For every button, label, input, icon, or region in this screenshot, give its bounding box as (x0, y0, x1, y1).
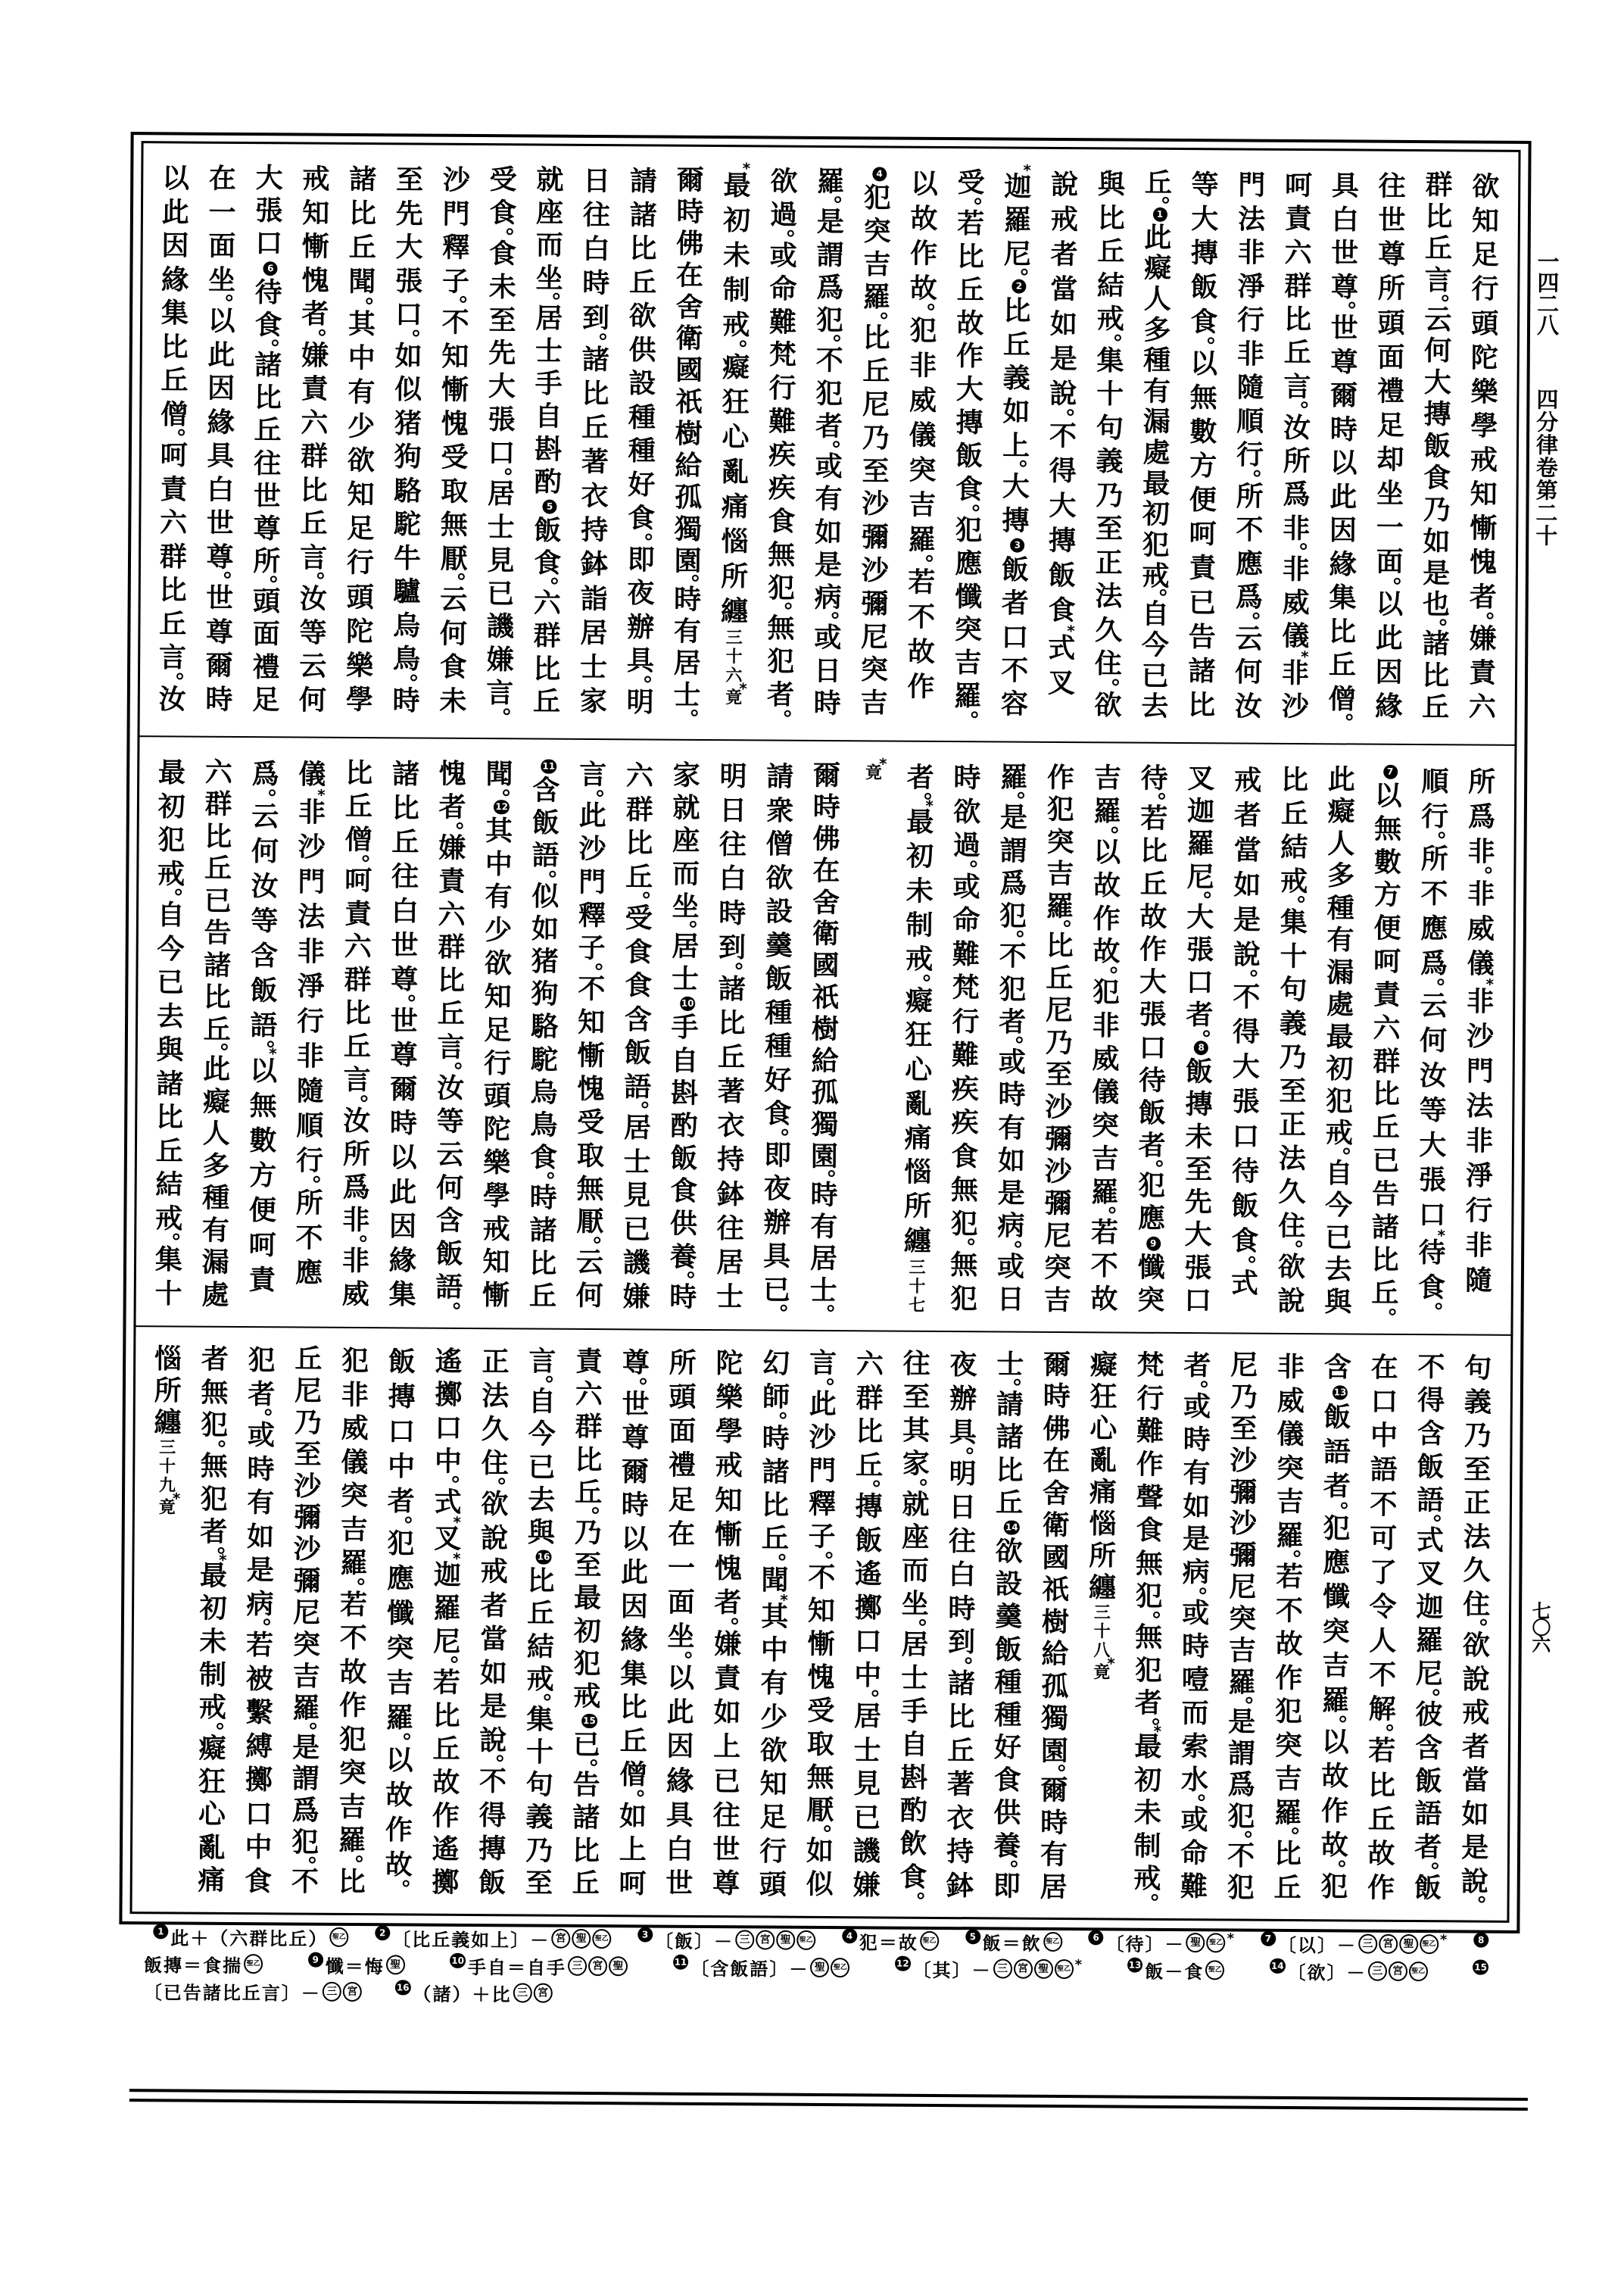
glyph: 丘 (937, 1734, 984, 1768)
glyph: 犯 (990, 900, 1036, 933)
glyph: 飯 (615, 1036, 662, 1070)
punctuation-circle (947, 200, 994, 208)
glyph: 少 (338, 410, 385, 445)
punctuation-circle (1361, 1311, 1408, 1319)
glyph: 所 (286, 1185, 333, 1220)
glyph: 今 (1315, 1189, 1362, 1222)
footnote-number-badge: 16 (395, 1980, 411, 1995)
punctuation-circle (709, 965, 756, 972)
glyph: 呵 (609, 1867, 656, 1901)
glyph: 故 (1311, 1759, 1358, 1794)
glyph: 即 (983, 1870, 1030, 1903)
glyph: 士 (663, 680, 710, 712)
glyph: 緣 (151, 263, 198, 297)
glyph: 初 (1316, 1053, 1363, 1085)
glyph: 呵 (1275, 169, 1322, 203)
footnote-text: 〔待〕－ (1106, 1929, 1185, 1956)
glyph: 呵 (239, 1228, 286, 1262)
glyph: 非 (1456, 1123, 1503, 1158)
glyph: 時 (1030, 1806, 1077, 1839)
glyph: 已 (1179, 586, 1226, 621)
glyph: 而 (892, 1555, 939, 1588)
glyph: 纏 (711, 594, 758, 629)
glyph: 口 (478, 437, 525, 470)
glyph: 也 (1413, 589, 1460, 621)
glyph: 迦 (424, 1559, 471, 1592)
text-column: 至先大張口如似猪狗駱駝牛驢烏鳥時 (383, 163, 434, 717)
glyph: 家 (893, 1447, 940, 1481)
glyph: 世 (381, 1004, 428, 1039)
glyph: 犯 (191, 1483, 238, 1516)
punctuation-circle (563, 1762, 610, 1769)
glyph: 爾 (803, 760, 850, 792)
glyph: 含 (1314, 1350, 1361, 1385)
glyph: 緣 (198, 405, 245, 439)
punctuation-circle (524, 580, 571, 588)
glyph: 食 (245, 309, 291, 342)
edition-siglum-icon: 三 (1358, 1934, 1377, 1954)
footnote-marker: 3 (992, 537, 1039, 553)
glyph: 慚 (705, 1518, 752, 1553)
punctuation-circle (291, 331, 338, 339)
glyph: 摶 (946, 407, 993, 440)
punctuation-circle (892, 1621, 939, 1629)
glyph: 丘 (1135, 168, 1182, 199)
glyph: 白 (573, 233, 620, 267)
text-column: 愧者嫌責六群比丘言汝等云何含飯語 (425, 758, 476, 1312)
glyph: 持 (937, 1835, 983, 1869)
edition-siglum-icon: 聖乙 (244, 1954, 263, 1974)
glyph: 句 (1454, 1351, 1501, 1385)
glyph: 汝 (149, 682, 196, 716)
glyph: 食 (660, 1175, 707, 1209)
footnote-marker-number: 15 (581, 1714, 597, 1728)
glyph: 請 (987, 1389, 1033, 1422)
folio-number: 七〇六 (1530, 1601, 1550, 1651)
glyph: 爾 (380, 1072, 427, 1107)
glyph: 所 (145, 1375, 192, 1406)
glyph: 彌 (852, 521, 899, 554)
glyph: 供 (660, 1208, 707, 1241)
glyph: 聞 (338, 265, 385, 300)
glyph: 容 (991, 688, 1038, 722)
glyph: 學 (336, 683, 383, 718)
glyph: 諸 (938, 1666, 985, 1700)
punctuation-circle (145, 1235, 192, 1243)
glyph: 住 (1268, 1209, 1315, 1243)
glyph: 不 (898, 600, 945, 635)
glyph: 比 (523, 653, 570, 686)
glyph: 言 (1415, 265, 1462, 297)
punctuation-circle (1085, 681, 1132, 688)
glyph: 食 (890, 1862, 937, 1895)
glyph: 或 (989, 1046, 1036, 1079)
glyph: 故 (422, 1766, 469, 1799)
glyph: 丘 (523, 685, 570, 719)
glyph: 辦 (940, 1381, 987, 1415)
punctuation-circle (1173, 1590, 1220, 1597)
glyph: 儀 (899, 418, 946, 453)
glyph: 請 (620, 164, 667, 198)
glyph: 正 (1269, 1108, 1316, 1142)
glyph: 自 (890, 1728, 937, 1762)
glyph: 若 (1358, 1734, 1405, 1769)
glyph: 手 (891, 1695, 938, 1728)
glyph: 此 (1318, 763, 1365, 796)
glyph: 者 (1129, 1130, 1176, 1163)
glyph: 厭 (566, 1206, 613, 1239)
footnote-entry: 5飯＝飲聖乙 (965, 1928, 1062, 1955)
sutra-number-note: 十 (893, 1277, 940, 1296)
asterisk-glyph: * (453, 1551, 461, 1566)
glyph: 久 (1085, 613, 1132, 648)
glyph: 比 (245, 382, 291, 415)
glyph: 慚 (292, 229, 339, 264)
text-column: 聞12其中有少欲知足行頭陀樂學戒知慚 (472, 758, 523, 1312)
punctuation-circle (617, 678, 664, 685)
glyph: 具 (1322, 169, 1369, 203)
text-column: 明日往白時到諸比丘著衣持鉢往居士 (706, 760, 757, 1314)
glyph: 少 (750, 1700, 797, 1734)
glyph: 祇 (1032, 1574, 1079, 1606)
sutra-number-note: 十 (711, 648, 758, 666)
glyph: 吉 (1084, 762, 1131, 795)
glyph: 順 (286, 1108, 333, 1143)
edition-siglum-icon: 聖乙 (592, 1929, 611, 1949)
glyph: 衛 (1033, 1509, 1080, 1542)
punctuation-circle (993, 463, 1040, 470)
glyph: 懺 (377, 1596, 424, 1631)
glyph: 學 (1460, 409, 1507, 444)
variant-asterisk: * (850, 760, 897, 763)
glyph: 謂 (282, 1764, 329, 1796)
glyph: 爾 (1320, 379, 1367, 413)
glyph: 愧 (705, 1552, 752, 1587)
glyph: 責 (150, 473, 197, 507)
sutra-number-note: 竟 (1078, 1663, 1125, 1682)
glyph: 被 (236, 1662, 283, 1696)
glyph: 時 (943, 761, 990, 795)
glyph: 自 (1132, 599, 1179, 630)
glyph: 六 (1275, 236, 1322, 270)
glyph: 孤 (801, 1078, 848, 1109)
punctuation-circle (243, 578, 290, 585)
glyph: 結 (1270, 831, 1317, 865)
glyph: 人 (1134, 284, 1181, 315)
glyph: 有 (805, 483, 852, 517)
glyph: 僧 (335, 824, 382, 857)
glyph: 故 (329, 1655, 376, 1689)
glyph: 駱 (384, 474, 431, 508)
punctuation-circle (657, 1654, 704, 1662)
glyph: 大 (1039, 488, 1086, 523)
glyph: 鉢 (707, 1177, 754, 1212)
glyph: 云 (1225, 622, 1272, 656)
footnote-text: 犯＝故 (859, 1927, 918, 1955)
glyph: 比 (1358, 1768, 1405, 1803)
footnote-entry: 飯摶＝食揣聖乙 (144, 1950, 263, 1977)
glyph: 摶 (992, 504, 1039, 538)
glyph: 居 (525, 302, 572, 335)
text-column: 群比丘言云何大摶飯食乃如是也諸比丘 (1412, 170, 1463, 724)
glyph: 過 (943, 829, 990, 863)
glyph: 漏 (1317, 957, 1364, 989)
glyph: 諸 (563, 1802, 609, 1835)
edition-siglum-icon: 聖 (1033, 1959, 1052, 1979)
glyph: 方 (1180, 449, 1227, 484)
glyph: 突 (1265, 1728, 1312, 1762)
glyph: 羅 (1081, 1176, 1128, 1209)
glyph: 知 (798, 1595, 845, 1628)
glyph: 如 (385, 339, 432, 373)
glyph: 持 (707, 1143, 754, 1178)
glyph: 如 (993, 395, 1040, 429)
glyph: 欲 (619, 299, 666, 333)
glyph: 威 (899, 383, 946, 418)
glyph: 六 (195, 757, 242, 789)
glyph: 日 (987, 1283, 1034, 1316)
text-column: 以此因緣集比丘僧呵責六群比丘言汝 (149, 161, 200, 716)
glyph: 語 (614, 1070, 661, 1104)
glyph: 猪 (522, 945, 569, 978)
glyph: 比 (517, 1565, 564, 1599)
punctuation-circle (1264, 1830, 1311, 1837)
glyph: 國 (665, 355, 712, 387)
glyph: 僧 (151, 398, 198, 432)
glyph: 迦 (1406, 1591, 1453, 1624)
glyph: 汝 (1273, 411, 1320, 445)
glyph: 丘 (422, 1733, 469, 1766)
glyph: 因 (656, 1730, 703, 1765)
glyph: 說 (1453, 1662, 1500, 1696)
punctuation-circle (799, 1554, 846, 1562)
glyph: 作 (1265, 1661, 1312, 1695)
edition-siglum-icon: 聖乙 (1205, 1960, 1224, 1980)
glyph: 譏 (477, 610, 524, 644)
glyph: 未 (1124, 1797, 1171, 1830)
glyph: 吉 (283, 1661, 330, 1693)
glyph: 者 (1041, 237, 1088, 272)
glyph: 吉 (944, 647, 991, 680)
glyph: 知 (705, 1483, 752, 1518)
glyph: 故 (1357, 1837, 1404, 1871)
punctuation-circle (1453, 1621, 1500, 1628)
glyph: 禮 (659, 1449, 706, 1484)
glyph: 群 (195, 788, 242, 821)
glyph: 當 (470, 1622, 517, 1656)
glyph: 所 (1273, 445, 1320, 479)
glyph: 擲 (845, 1591, 892, 1625)
glyph: 中 (425, 1445, 472, 1478)
glyph: 尼 (853, 389, 899, 422)
sutra-number-note: 三 (711, 629, 758, 648)
punctuation-circle (987, 1381, 1033, 1389)
glyph: 戒 (473, 1213, 520, 1247)
punctuation-circle (609, 1792, 656, 1799)
glyph: 摶 (846, 1490, 893, 1524)
glyph: 比 (846, 1415, 893, 1449)
glyph: 癡 (896, 985, 943, 1019)
glyph: 士 (570, 651, 617, 685)
footnote-text: 〔其〕－ (912, 1955, 991, 1982)
glyph: 非 (288, 934, 335, 969)
glyph: 語 (522, 840, 569, 873)
glyph: 未 (429, 684, 476, 718)
punctuation-circle (333, 1097, 380, 1105)
glyph: 謂 (990, 835, 1037, 868)
glyph: 手 (525, 368, 572, 401)
variant-asterisk: * (1272, 653, 1319, 656)
glyph: 如 (609, 1799, 656, 1834)
glyph: 羅 (1264, 1796, 1311, 1830)
glyph: 突 (331, 1479, 378, 1513)
punctuation-circle (427, 1064, 474, 1072)
glyph: 吉 (1036, 858, 1083, 891)
variant-asterisk: * (1409, 1232, 1456, 1235)
punctuation-circle (662, 923, 709, 931)
glyph: 威 (1457, 911, 1504, 946)
glyph: 鉢 (571, 548, 618, 582)
glyph: 說 (1040, 376, 1086, 411)
glyph: 法 (472, 1378, 519, 1412)
glyph: 大 (478, 370, 525, 404)
glyph: 所 (1368, 272, 1415, 307)
glyph: 突 (329, 1756, 376, 1790)
glyph: 白 (709, 862, 756, 897)
glyph: 初 (148, 790, 195, 824)
glyph: 著 (937, 1768, 984, 1802)
footnote-entry: 12〔其〕－三宮聖聖乙* (895, 1955, 1082, 1983)
glyph: 應 (285, 1255, 332, 1290)
glyph: 言 (290, 541, 337, 575)
glyph: 責 (291, 372, 338, 406)
punctuation-circle (663, 711, 710, 719)
glyph: 僧 (609, 1758, 656, 1792)
glyph: 世 (197, 507, 244, 541)
glyph: 謂 (807, 239, 854, 272)
glyph: 至 (564, 1550, 611, 1583)
glyph: 乃 (1414, 495, 1460, 526)
glyph: 戒 (1270, 864, 1317, 898)
glyph: 受 (948, 167, 995, 200)
punctuation-circle (469, 1757, 516, 1765)
glyph: 沙 (288, 829, 335, 864)
punctuation-circle (1171, 1796, 1218, 1804)
glyph: 飯 (1314, 1401, 1361, 1436)
glyph: 樂 (1461, 375, 1508, 410)
footnote-number-badge: 10 (450, 1953, 466, 1968)
glyph: 丘 (616, 860, 662, 894)
glyph: 者 (1314, 1469, 1361, 1504)
glyph: 初 (713, 203, 760, 238)
bottom-rule-upper (129, 2089, 1528, 2101)
glyph: 行 (474, 1047, 521, 1081)
punctuation-circle (944, 713, 991, 721)
punctuation-circle (1413, 621, 1460, 629)
glyph: 非 (1457, 876, 1504, 911)
glyph: 酌 (890, 1795, 937, 1828)
glyph: 或 (943, 870, 990, 904)
glyph: 尼 (1177, 861, 1224, 894)
glyph: 犯 (806, 377, 853, 410)
sutra-number-note: 竟 (850, 763, 897, 782)
punctuation-circle (752, 1556, 799, 1563)
glyph: 欲 (1462, 170, 1509, 204)
glyph: 驢 (383, 575, 430, 609)
glyph: 欲 (1453, 1628, 1500, 1662)
glyph: 猪 (385, 407, 432, 441)
glyph: 義 (1454, 1385, 1501, 1419)
glyph: 何 (1225, 655, 1272, 689)
glyph: 難 (1170, 1871, 1217, 1904)
glyph: 吉 (331, 1512, 378, 1546)
punctuation-circle (801, 1172, 848, 1180)
glyph: 痛 (895, 1122, 942, 1156)
punctuation-circle (800, 1307, 847, 1315)
glyph: 非 (288, 794, 335, 829)
footnote-text: 此＋（六群比丘） (170, 1923, 328, 1950)
punctuation-circle (1132, 591, 1179, 599)
glyph: 詣 (571, 582, 618, 616)
glyph: 犯 (899, 314, 946, 348)
glyph: 比 (853, 322, 900, 355)
glyph: 門 (1228, 168, 1275, 202)
glyph: 不 (469, 1765, 516, 1799)
glyph: 比 (619, 232, 666, 266)
glyph: 具 (753, 1239, 800, 1273)
footnote-marker: 10 (662, 996, 709, 1012)
glyph: 應 (1128, 1203, 1175, 1236)
glyph: 爲 (806, 272, 853, 305)
glyph: 言 (1273, 370, 1320, 404)
glyph: 語 (240, 1008, 287, 1043)
text-column: 日往白時到諸比丘著衣持鉢詣居士家 (570, 164, 621, 719)
glyph: 等 (1410, 1093, 1457, 1128)
glyph: 釋 (799, 1487, 846, 1521)
glyph: 時 (804, 688, 851, 721)
glyph: 戒 (292, 162, 339, 196)
glyph: 羅 (1267, 1518, 1314, 1553)
glyph: 汝 (242, 869, 288, 903)
glyph: 諸 (752, 1455, 799, 1489)
glyph: 時 (612, 1488, 659, 1522)
glyph: 至 (1454, 1453, 1501, 1487)
glyph: 嫌 (429, 832, 475, 865)
glyph: 陀 (473, 1113, 520, 1147)
glyph: 不 (1360, 1487, 1407, 1522)
glyph: 鉢 (937, 1868, 983, 1902)
glyph: 無 (1180, 381, 1227, 416)
footnotes: 1此＋（六群比丘）聖乙2〔比丘義如上〕－宮聖聖乙3〔飯〕－三宮聖聖乙4犯＝故聖乙… (144, 1922, 1492, 2012)
punctuation-circle (423, 1659, 470, 1666)
glyph: 食 (1221, 1223, 1268, 1258)
glyph: 句 (516, 1769, 563, 1802)
glyph: 所 (1227, 479, 1273, 513)
glyph: 解 (1359, 1693, 1406, 1727)
edition-siglum-icon: 聖乙 (796, 1930, 815, 1950)
glyph: 戒 (1087, 302, 1134, 336)
glyph: 繫 (236, 1696, 283, 1730)
text-column: 所爲非非威儀*非沙門法非淨行非隨 (1455, 764, 1506, 1319)
glyph: 夜 (940, 1348, 987, 1382)
glyph: 尊 (612, 1421, 659, 1455)
glyph: 世 (703, 1833, 750, 1868)
glyph: 病 (236, 1587, 283, 1621)
punctuation-circle (1273, 404, 1320, 411)
glyph: 若 (330, 1587, 377, 1621)
glyph: 時 (801, 1180, 848, 1212)
glyph: 愧 (429, 758, 476, 791)
